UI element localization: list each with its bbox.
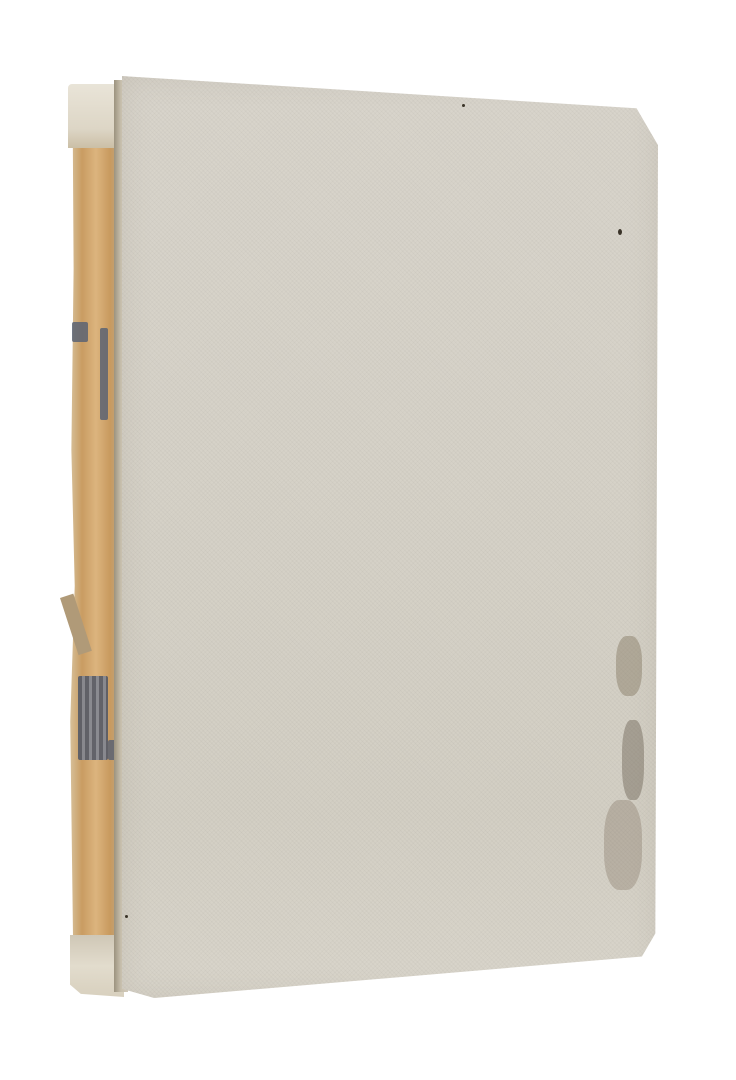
spine-cloth-remnant: [72, 322, 88, 342]
spine-cloth-remnant: [78, 676, 108, 760]
cover-stain: [604, 800, 642, 890]
spine-cloth-remnant: [100, 328, 108, 420]
cover-spot: [618, 229, 622, 235]
cover-stain: [616, 636, 642, 696]
cover-spot: [462, 104, 465, 107]
photo-scene: [0, 0, 736, 1080]
cover-stain: [622, 720, 644, 800]
cover-spot: [125, 915, 128, 918]
book-front-cover: [122, 76, 658, 998]
spine-headcap: [68, 84, 120, 148]
